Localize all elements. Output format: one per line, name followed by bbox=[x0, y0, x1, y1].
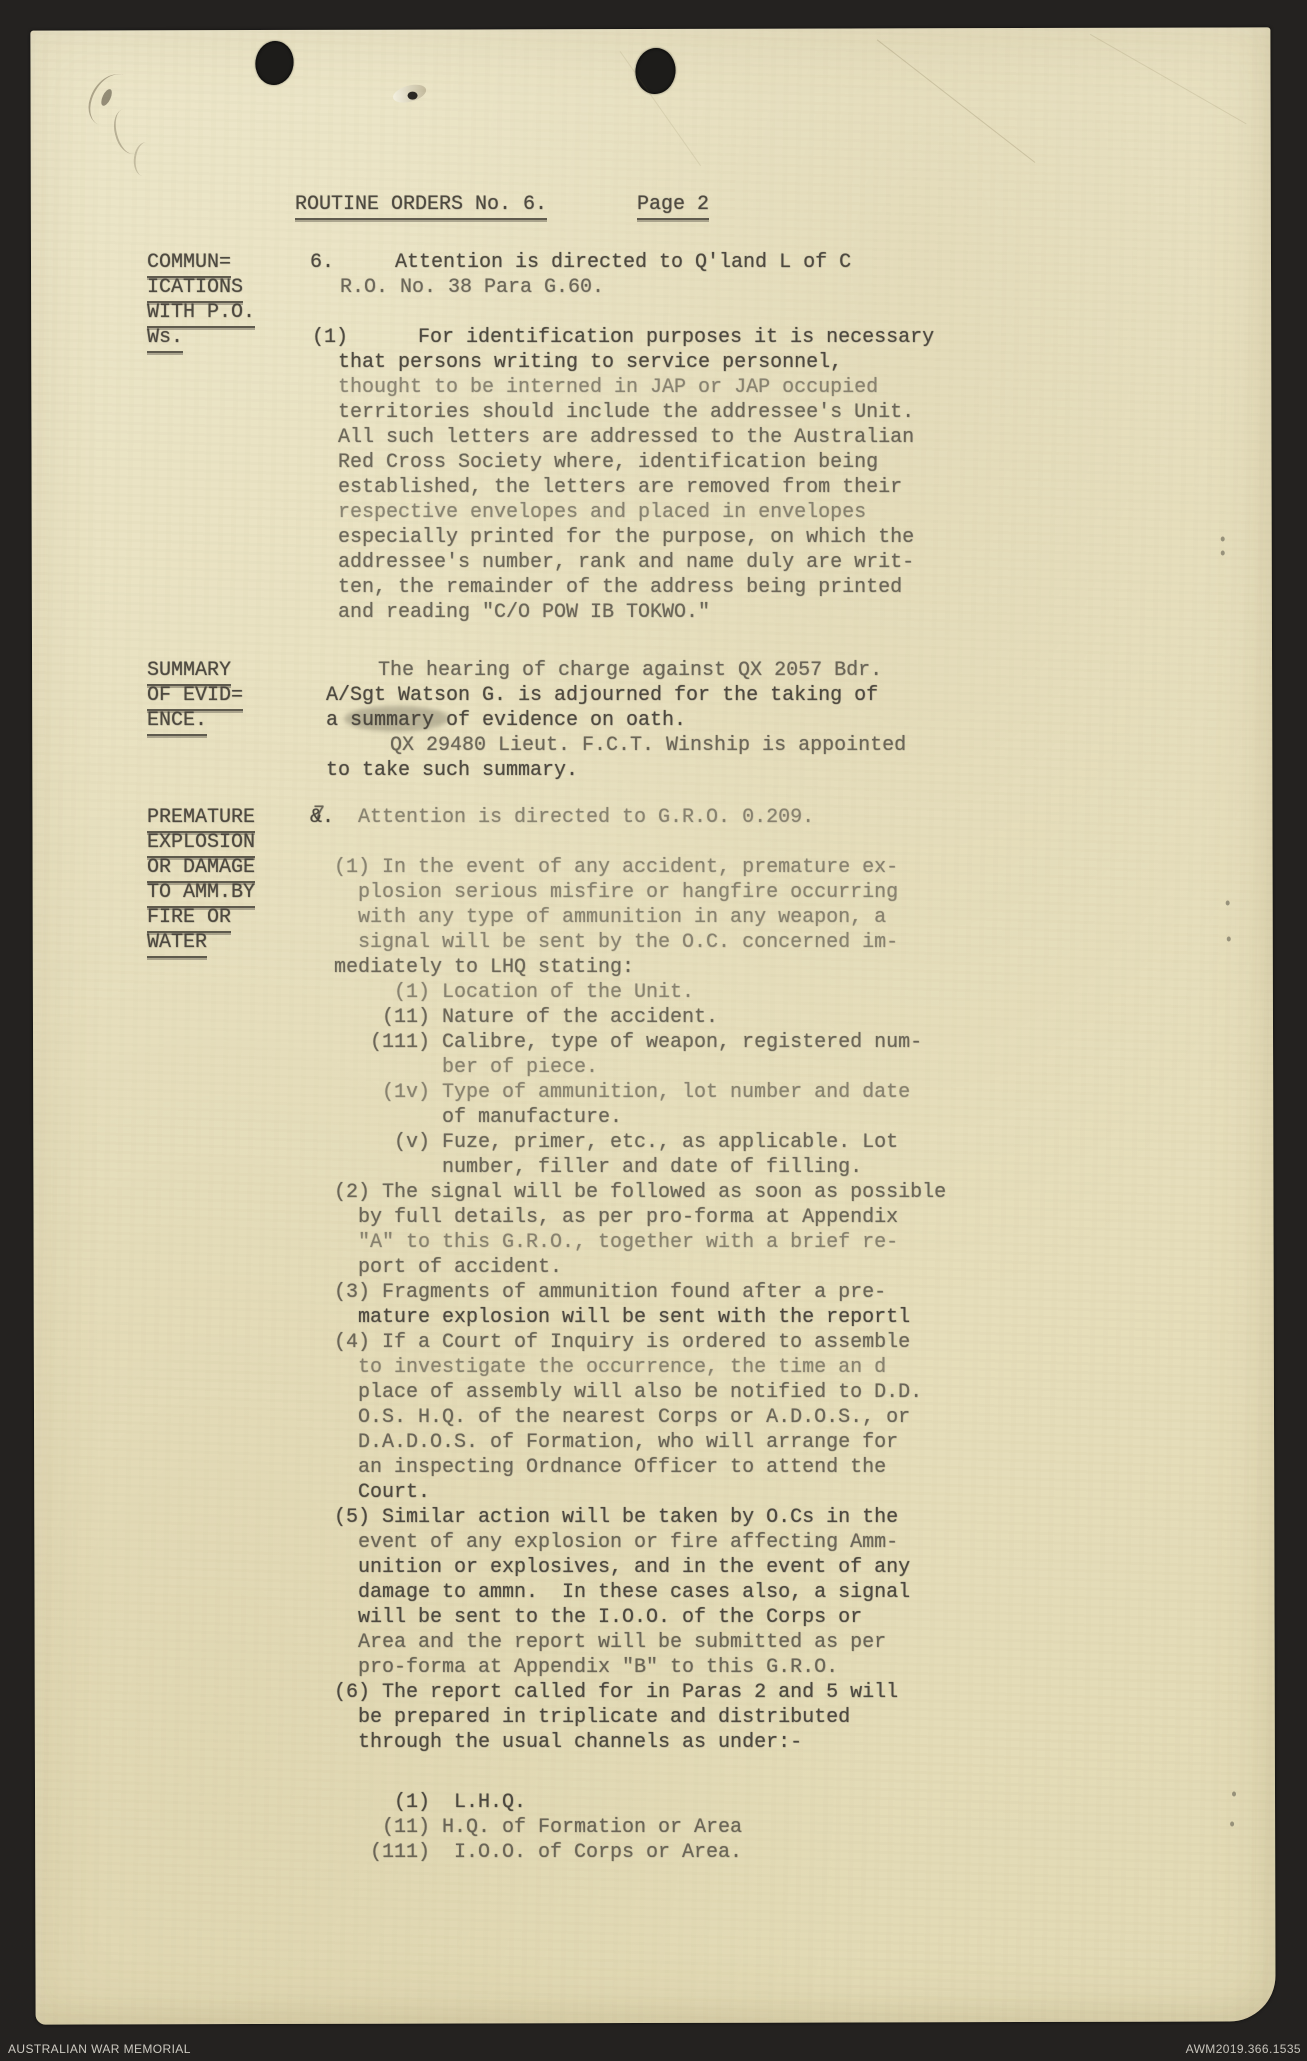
paper-speck bbox=[1226, 900, 1230, 905]
crease-mark bbox=[877, 39, 1036, 163]
paper-speck bbox=[1221, 551, 1225, 556]
punch-hole-left bbox=[253, 39, 297, 88]
document-page bbox=[30, 27, 1275, 2024]
ink-smudge bbox=[344, 706, 449, 732]
punch-hole-right bbox=[633, 46, 677, 96]
paper-speck bbox=[1230, 1821, 1234, 1826]
crease-mark bbox=[1090, 34, 1247, 124]
scanned-page-background: ROUTINE ORDERS No. 6.Page 2COMMUN=ICATIO… bbox=[0, 0, 1307, 2061]
archive-id: AWM2019.366.1535 bbox=[1186, 2042, 1301, 2056]
paper-speck bbox=[1227, 936, 1231, 941]
paper-speck bbox=[1232, 1791, 1236, 1796]
paper-speck bbox=[1221, 537, 1225, 542]
archive-credit: AUSTRALIAN WAR MEMORIAL bbox=[8, 2042, 191, 2056]
tear-mark bbox=[408, 92, 418, 100]
